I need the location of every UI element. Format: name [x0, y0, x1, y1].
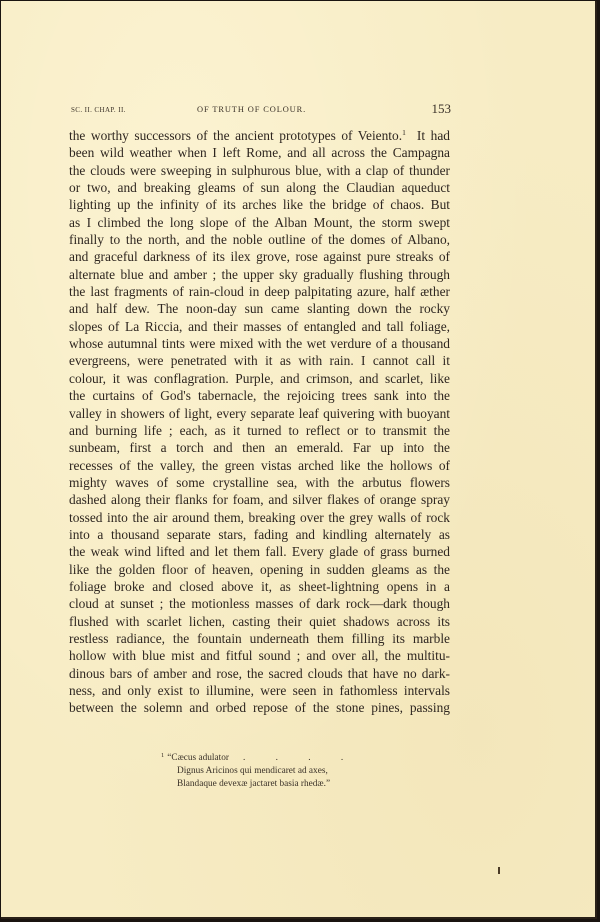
text-line: evergreens, were penetrated with it as w… [69, 352, 450, 369]
text-line: finally to the north, and the noble outl… [69, 231, 450, 248]
book-page: SC. II. CHAP. II. OF TRUTH OF COLOUR. 15… [1, 1, 597, 919]
running-head-title: OF TRUTH OF COLOUR. [197, 105, 306, 114]
text-line: lighting up the infinity of its arches l… [69, 196, 450, 213]
text-line: the last fragments of rain-cloud in deep… [69, 283, 450, 300]
text-line: the weak wind lifted and let them fall. … [69, 543, 450, 560]
text-line: hollow with blue mist and fitful sound ;… [69, 647, 450, 664]
text-line: and graceful darkness of its ilex grove,… [69, 248, 450, 265]
running-head: SC. II. CHAP. II. OF TRUTH OF COLOUR. 15… [71, 101, 451, 119]
text-line: flushed with scarlet lichen, casting the… [69, 613, 450, 630]
text-line: alternate blue and amber ; the upper sky… [69, 266, 450, 283]
footnote: 1“Cæcus adulator. . . . Dignus Aricinos … [161, 749, 401, 791]
body-text: the worthy successors of the ancient pro… [69, 127, 450, 717]
text-line: dashed along their flanks for foam, and … [69, 491, 450, 508]
text-line: into a thousand separate stars, fading a… [69, 526, 450, 543]
text-line: like the golden floor of heaven, opening… [69, 561, 450, 578]
page-number: 153 [432, 101, 452, 117]
ink-speck [498, 867, 500, 874]
text-line: the clouds were sweeping in sulphurous b… [69, 162, 450, 179]
text-line: slopes of La Riccia, and their masses of… [69, 318, 450, 335]
text-line: the worthy successors of the ancient pro… [69, 127, 450, 144]
text-line: restless radiance, the fountain undernea… [69, 630, 450, 647]
text-line: and burning life ; each, as it turned to… [69, 422, 450, 439]
text-line: the curtains of God's tabernacle, the re… [69, 387, 450, 404]
text-line: been wild weather when I left Rome, and … [69, 144, 450, 161]
footnote-line: Dignus Aricinos qui mendicaret ad axes, [161, 765, 401, 778]
text-line: recesses of the valley, the green vistas… [69, 457, 450, 474]
text-line: dinous bars of amber and rose, the sacre… [69, 665, 450, 682]
text-line: cloud at sunset ; the motionless masses … [69, 595, 450, 612]
text-line: valley in showers of light, every separa… [69, 405, 450, 422]
text-line: tossed into the air around them, breakin… [69, 509, 450, 526]
text-line: whose autumnal tints were mixed with the… [69, 335, 450, 352]
text-line: foliage broke and closed above it, as sh… [69, 578, 450, 595]
footnote-marker: 1 [161, 752, 164, 759]
text-line: as I climbed the long slope of the Alban… [69, 214, 450, 231]
text-line: and half dew. The noon-day sun came slan… [69, 300, 450, 317]
footnote-line: Blandaque devexæ jactaret basia rhedæ.” [161, 778, 401, 791]
text-line: sunbeam, first a torch and then an emera… [69, 439, 450, 456]
footnote-reference: 1 [402, 128, 406, 137]
footnote-ellipsis: . . . . [243, 753, 357, 763]
text-line: mighty waves of some crystalline sea, wi… [69, 474, 450, 491]
text-line: ness, and only exist to illumine, were s… [69, 682, 450, 699]
line-text-tail: It had [417, 128, 450, 143]
text-line: colour, it was conflagration. Purple, an… [69, 370, 450, 387]
text-line: between the solemn and orbed repose of t… [69, 699, 450, 716]
footnote-text: “Cæcus adulator [167, 753, 229, 763]
line-text: the worthy successors of the ancient pro… [69, 128, 402, 143]
text-line: or two, and breaking gleams of sun along… [69, 179, 450, 196]
footnote-line: 1“Cæcus adulator. . . . [161, 749, 401, 765]
running-head-section: SC. II. CHAP. II. [71, 106, 126, 114]
